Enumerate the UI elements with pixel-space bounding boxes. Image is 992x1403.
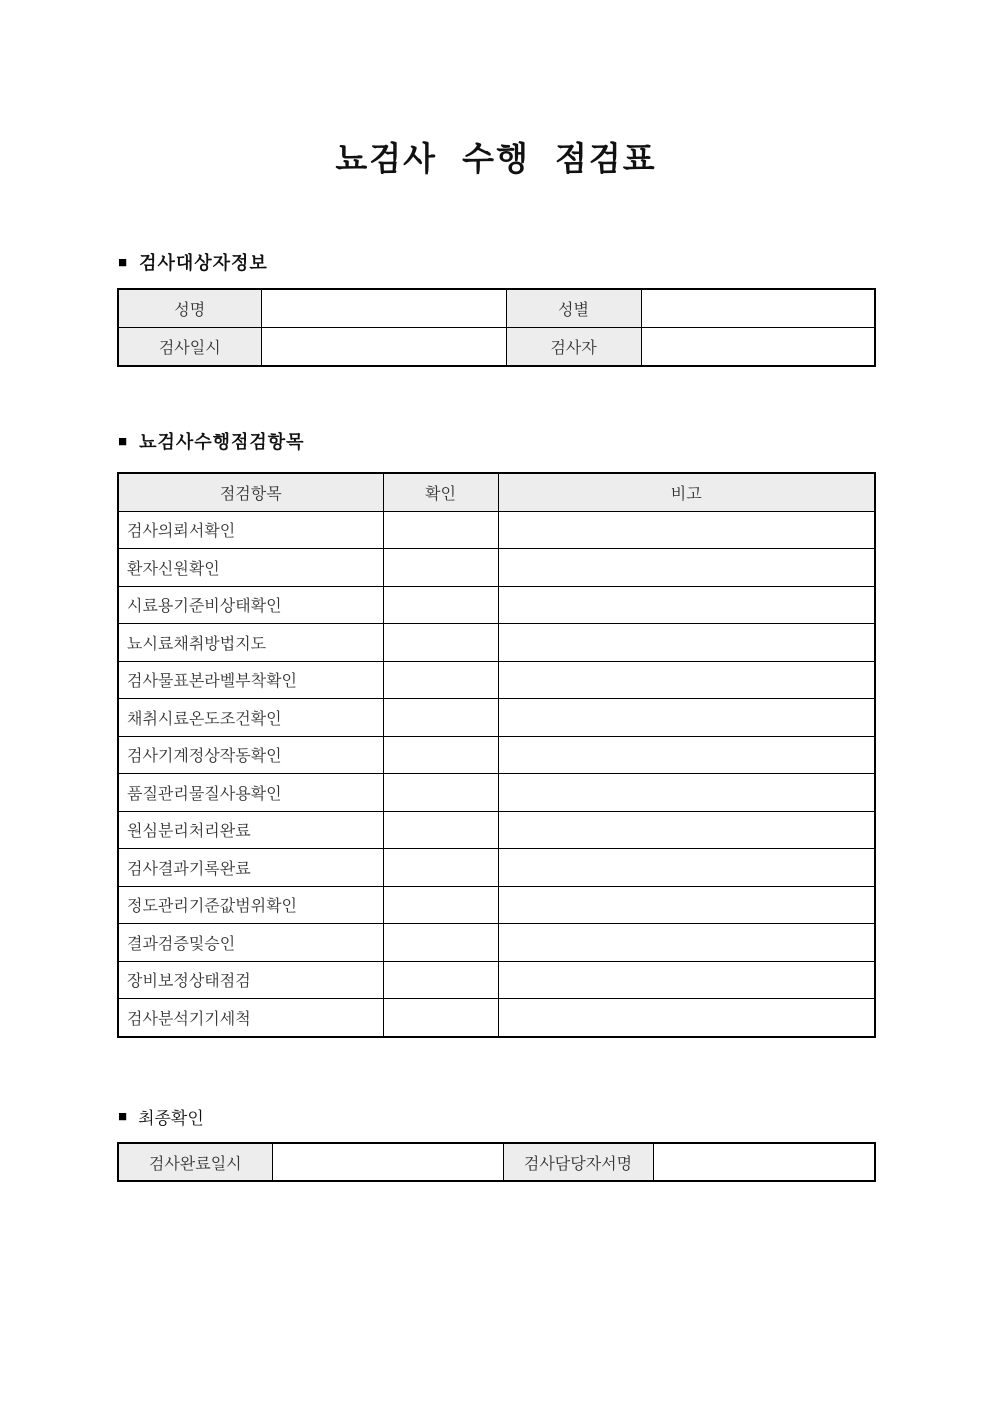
checklist-check-cell bbox=[383, 661, 498, 699]
checklist-check-cell bbox=[383, 924, 498, 962]
checklist-check-cell bbox=[383, 886, 498, 924]
field-value-cell bbox=[261, 328, 506, 367]
checklist-check-cell bbox=[383, 699, 498, 737]
checklist-check-cell bbox=[383, 849, 498, 887]
checklist-item-label: 환자신원확인 bbox=[118, 549, 383, 587]
checklist-note-cell bbox=[498, 661, 875, 699]
checklist-row: 검사물표본라벨부착확인 bbox=[118, 661, 875, 699]
table-row: 검사일시 검사자 bbox=[118, 328, 875, 367]
checklist-check-cell bbox=[383, 624, 498, 662]
checklist-item-label: 검사기계정상작동확인 bbox=[118, 736, 383, 774]
checklist-row: 검사의뢰서확인 bbox=[118, 511, 875, 549]
checklist-note-cell bbox=[498, 886, 875, 924]
checklist-note-cell bbox=[498, 586, 875, 624]
table-header-row: 점검항목 확인 비고 bbox=[118, 473, 875, 511]
column-header-check: 확인 bbox=[383, 473, 498, 511]
field-value-cell bbox=[272, 1143, 503, 1181]
checklist-row: 환자신원확인 bbox=[118, 549, 875, 587]
checklist-row: 원심분리처리완료 bbox=[118, 811, 875, 849]
checklist-check-cell bbox=[383, 736, 498, 774]
field-value-cell bbox=[641, 289, 875, 328]
field-label-cell: 검사자 bbox=[506, 328, 641, 367]
checklist-check-cell bbox=[383, 549, 498, 587]
field-label-cell: 검사일시 bbox=[118, 328, 261, 367]
checklist-item-label: 장비보정상태점검 bbox=[118, 961, 383, 999]
checklist-item-label: 검사분석기기세척 bbox=[118, 999, 383, 1038]
checklist-check-cell bbox=[383, 999, 498, 1038]
section-heading-label: 뇨검사수행점검항목 bbox=[139, 428, 305, 454]
table-row: 성명 성별 bbox=[118, 289, 875, 328]
field-label-cell: 검사담당자서명 bbox=[503, 1143, 653, 1181]
checklist-check-cell bbox=[383, 774, 498, 812]
checklist-item-label: 시료용기준비상태확인 bbox=[118, 586, 383, 624]
checklist-row: 검사결과기록완료 bbox=[118, 849, 875, 887]
field-value-cell bbox=[641, 328, 875, 367]
checklist-row: 품질관리물질사용확인 bbox=[118, 774, 875, 812]
checklist-check-cell bbox=[383, 586, 498, 624]
table-row: 검사완료일시 검사담당자서명 bbox=[118, 1143, 875, 1181]
checklist-row: 검사기계정상작동확인 bbox=[118, 736, 875, 774]
checklist-row: 채취시료온도조건확인 bbox=[118, 699, 875, 737]
checklist-item-label: 결과검증및승인 bbox=[118, 924, 383, 962]
checklist-note-cell bbox=[498, 924, 875, 962]
checklist-note-cell bbox=[498, 736, 875, 774]
checklist-row: 장비보정상태점검 bbox=[118, 961, 875, 999]
page-title: 뇨검사 수행 점검표 bbox=[0, 133, 992, 180]
column-header-note: 비고 bbox=[498, 473, 875, 511]
section-heading-label: 최종확인 bbox=[138, 1104, 204, 1129]
field-label-cell: 성별 bbox=[506, 289, 641, 328]
checklist-item-label: 품질관리물질사용확인 bbox=[118, 774, 383, 812]
checklist-item-label: 정도관리기준값범위확인 bbox=[118, 886, 383, 924]
checklist-note-cell bbox=[498, 999, 875, 1038]
final-check-table: 검사완료일시 검사담당자서명 bbox=[117, 1142, 876, 1182]
section-bullet-icon: ■ bbox=[118, 1109, 127, 1124]
checklist-note-cell bbox=[498, 961, 875, 999]
checklist-row: 정도관리기준값범위확인 bbox=[118, 886, 875, 924]
checklist-note-cell bbox=[498, 699, 875, 737]
checklist-item-label: 검사결과기록완료 bbox=[118, 849, 383, 887]
section-heading-checklist: ■ 뇨검사수행점검항목 bbox=[118, 430, 305, 452]
checklist-check-cell bbox=[383, 961, 498, 999]
section-heading-subject-info: ■ 검사대상자정보 bbox=[118, 251, 268, 273]
checklist-item-label: 검사물표본라벨부착확인 bbox=[118, 661, 383, 699]
checklist-row: 검사분석기기세척 bbox=[118, 999, 875, 1038]
checklist-note-cell bbox=[498, 849, 875, 887]
checklist-table: 점검항목 확인 비고 검사의뢰서확인 환자신원확인 시료용기준비상태확인 뇨시료… bbox=[117, 472, 876, 1038]
field-value-cell bbox=[653, 1143, 875, 1181]
checklist-note-cell bbox=[498, 624, 875, 662]
checklist-check-cell bbox=[383, 511, 498, 549]
checklist-note-cell bbox=[498, 511, 875, 549]
section-bullet-icon: ■ bbox=[118, 255, 128, 270]
checklist-item-label: 원심분리처리완료 bbox=[118, 811, 383, 849]
document-page: 뇨검사 수행 점검표 ■ 검사대상자정보 성명 성별 검사일시 검사자 ■ 뇨검… bbox=[0, 0, 992, 1403]
subject-info-table: 성명 성별 검사일시 검사자 bbox=[117, 288, 876, 367]
checklist-note-cell bbox=[498, 549, 875, 587]
field-label-cell: 검사완료일시 bbox=[118, 1143, 272, 1181]
checklist-item-label: 검사의뢰서확인 bbox=[118, 511, 383, 549]
checklist-row: 뇨시료채취방법지도 bbox=[118, 624, 875, 662]
checklist-note-cell bbox=[498, 811, 875, 849]
field-label-cell: 성명 bbox=[118, 289, 261, 328]
section-heading-label: 검사대상자정보 bbox=[139, 249, 268, 275]
checklist-item-label: 뇨시료채취방법지도 bbox=[118, 624, 383, 662]
section-heading-final-check: ■ 최종확인 bbox=[118, 1105, 204, 1127]
checklist-check-cell bbox=[383, 811, 498, 849]
field-value-cell bbox=[261, 289, 506, 328]
checklist-note-cell bbox=[498, 774, 875, 812]
section-bullet-icon: ■ bbox=[118, 434, 128, 449]
checklist-item-label: 채취시료온도조건확인 bbox=[118, 699, 383, 737]
checklist-row: 시료용기준비상태확인 bbox=[118, 586, 875, 624]
column-header-item: 점검항목 bbox=[118, 473, 383, 511]
checklist-row: 결과검증및승인 bbox=[118, 924, 875, 962]
